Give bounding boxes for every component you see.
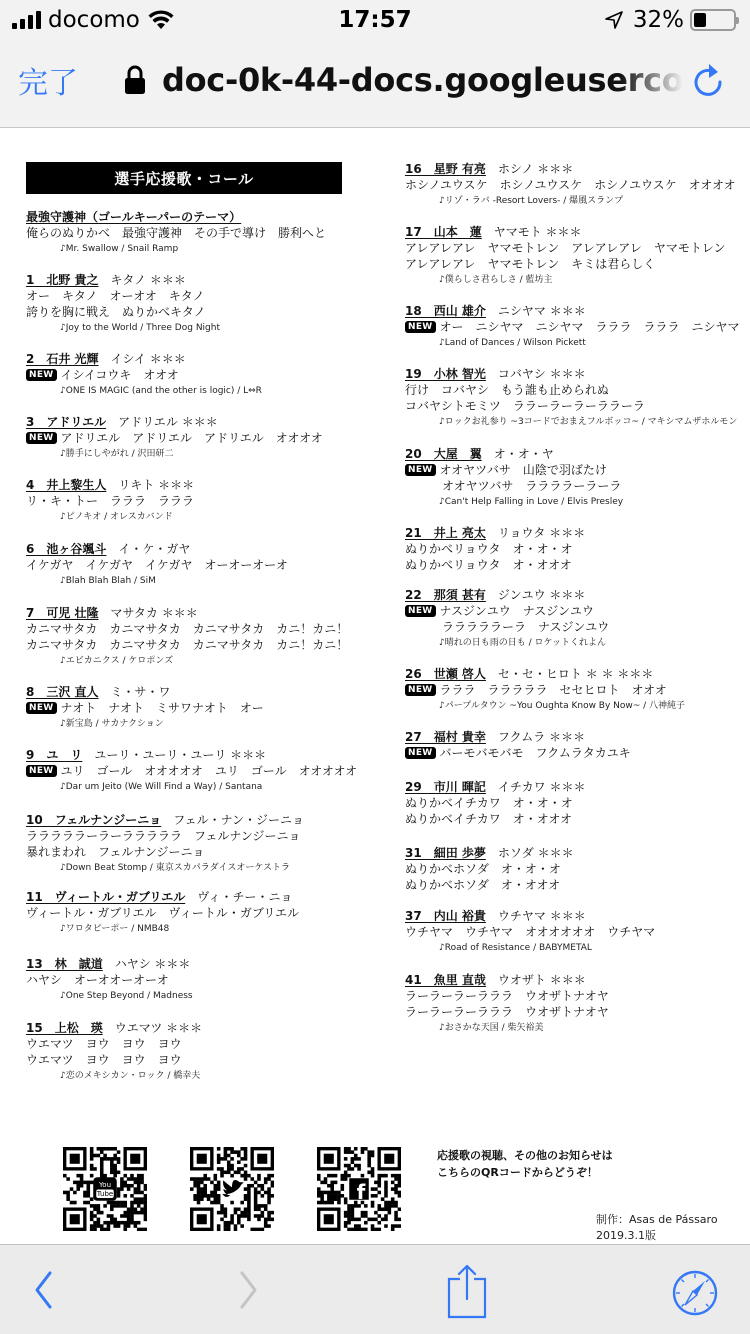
chant-text: ぬりかべホソダ オ・オオオ	[405, 877, 560, 893]
entry-heading: 20 大屋 翼オ・オ・ヤ	[405, 446, 623, 462]
chant-line: リ・キ・トー ラララ ラララ	[26, 493, 194, 509]
entry-heading: 31 細田 歩夢ホソダ ＊＊＊	[405, 845, 574, 861]
call-name: ユーリ・ユーリ・ユーリ ＊＊＊	[94, 748, 266, 762]
player-name: 18 西山 雄介	[405, 304, 486, 318]
player-entry: 8 三沢 直人ミ・サ・ワNEWナオト ナオト ミサワナオト オー♪新宝島 / サ…	[26, 684, 264, 731]
entry-heading: 4 井上黎生人リキト ＊＊＊	[26, 477, 194, 493]
svg-text:Tube: Tube	[96, 1190, 113, 1198]
reload-icon[interactable]	[692, 62, 726, 100]
chant-line: ウエマツ ヨウ ヨウ ヨウ	[26, 1036, 202, 1052]
player-name: 20 大屋 翼	[405, 447, 482, 461]
entry-heading: 41 魚里 直哉ウオザト ＊＊＊	[405, 972, 609, 988]
entry-heading: 21 井上 亮太リョウタ ＊＊＊	[405, 525, 585, 541]
chant-text: アレアレアレ ヤマモトレン キミは君らしく	[405, 256, 655, 272]
call-name: ヤマモト ＊＊＊	[494, 225, 582, 239]
entry-heading: 22 那須 甚有ジンユウ ＊＊＊	[405, 587, 609, 603]
call-name: ジンユウ ＊＊＊	[498, 588, 586, 602]
back-chevron-icon[interactable]	[30, 1267, 56, 1311]
song-credit: ♪Blah Blah Blah / SiM	[26, 574, 288, 588]
chant-line: 俺らのぬりかべ 最強守護神 その手で導け 勝利へと	[26, 225, 326, 241]
entry-heading: 2 石井 光輝イシイ ＊＊＊	[26, 351, 262, 367]
chant-text: アレアレアレ ヤマモトレン アレアレアレ ヤマモトレン	[405, 240, 726, 256]
chant-text: ぬりかべイチカワ オ・オオオ	[405, 811, 572, 827]
chant-line: 暴れまわれ フェルナンジーニョ	[26, 844, 304, 860]
player-name: 最強守護神（ゴールキーパーのテーマ）	[26, 210, 241, 224]
chant-text: カニマサタカ カニマサタカ カニマサタカ カニ！カニ！	[26, 621, 348, 637]
chant-line: カニマサタカ カニマサタカ カニマサタカ カニ！カニ！	[26, 621, 348, 637]
chant-text: ラララララーラーラララララ フェルナンジーニョ	[26, 828, 301, 844]
chant-text: ぬりかべリョウタ オ・オオオ	[405, 557, 572, 573]
entry-heading: 10 フェルナンジーニョフェル・ナン・ジーニョ	[26, 812, 304, 828]
player-entry: 37 内山 裕貴ウチヤマ ＊＊＊ウチヤマ ウチヤマ オオオオオオ ウチヤマ♪Ro…	[405, 908, 655, 955]
chant-line: ハヤシ オーオオーオーオ	[26, 972, 193, 988]
player-entry: 21 井上 亮太リョウタ ＊＊＊ぬりかべリョウタ オ・オ・オぬりかべリョウタ オ…	[405, 525, 585, 573]
call-name: リョウタ ＊＊＊	[498, 526, 585, 540]
browser-toolbar	[0, 1244, 750, 1334]
chant-line: ウエマツ ヨウ ヨウ ヨウ	[26, 1052, 202, 1068]
chant-line: 行け コバヤシ もう誰も止められぬ	[405, 382, 737, 398]
url-text: doc-0k-44-docs.googleuserco	[162, 61, 683, 99]
url-field[interactable]: doc-0k-44-docs.googleuserco	[124, 58, 684, 102]
player-entry: 19 小林 智光コバヤシ ＊＊＊行け コバヤシ もう誰も止められぬコバヤシトモミ…	[405, 366, 737, 429]
call-name: ハヤシ ＊＊＊	[115, 957, 191, 971]
song-credit: ♪Road of Resistance / BABYMETAL	[405, 941, 655, 955]
qr-caption-line2: こちらのQRコードからどうぞ！	[437, 1164, 613, 1181]
song-credit: ♪Mr. Swallow / Snail Ramp	[26, 242, 326, 256]
chant-line: コバヤシトモミツ ララーラーラーララーラ	[405, 398, 737, 414]
player-entry: 最強守護神（ゴールキーパーのテーマ）俺らのぬりかべ 最強守護神 その手で導け 勝…	[26, 209, 326, 256]
browser-url-bar: 完了 doc-0k-44-docs.googleuserco	[0, 40, 750, 128]
chant-line: ぬりかべイチカワ オ・オオオ	[405, 811, 585, 827]
player-entry: 15 上松 瑛ウエマツ ＊＊＊ウエマツ ヨウ ヨウ ヨウウエマツ ヨウ ヨウ ヨ…	[26, 1020, 202, 1083]
player-entry: 4 井上黎生人リキト ＊＊＊リ・キ・トー ラララ ラララ♪ピノキオ / オレスカ…	[26, 477, 194, 524]
chant-line: NEWオー ニシヤマ ニシヤマ ラララ ラララ ニシヤマ	[405, 319, 740, 335]
entry-heading: 37 内山 裕貴ウチヤマ ＊＊＊	[405, 908, 655, 924]
chant-line: 誇りを胸に戦え ぬりかべキタノ	[26, 304, 220, 320]
chant-line: ウチヤマ ウチヤマ オオオオオオ ウチヤマ	[405, 924, 655, 940]
svg-text:You: You	[98, 1181, 111, 1189]
player-entry: 13 林 誠道ハヤシ ＊＊＊ハヤシ オーオオーオーオ♪One Step Beyo…	[26, 956, 193, 1003]
chant-line: NEWイシイコウキ オオオ	[26, 367, 262, 383]
call-name: ミ・サ・ワ	[111, 685, 171, 699]
player-name: 22 那須 甚有	[405, 588, 486, 602]
chant-line: ぬりかべリョウタ オ・オオオ	[405, 557, 585, 573]
new-badge: NEW	[26, 369, 57, 381]
player-entry: 2 石井 光輝イシイ ＊＊＊NEWイシイコウキ オオオ♪ONE IS MAGIC…	[26, 351, 262, 398]
player-name: 26 世瀬 啓人	[405, 667, 486, 681]
chant-text: ナオト ナオト ミサワナオト オー	[61, 700, 264, 716]
player-entry: 41 魚里 直哉ウオザト ＊＊＊ラーラーラーラララ ウオザトナオヤラーラーラーラ…	[405, 972, 609, 1035]
player-name: 27 福村 貴幸	[405, 730, 486, 744]
credit: 制作：Asas de Pássaro 2019.3.1版	[596, 1212, 718, 1244]
song-credit: ♪新宝島 / サカナクション	[26, 717, 264, 731]
svg-text:f: f	[357, 1180, 366, 1204]
chant-text: ナスジンユウ ナスジンユウ	[440, 603, 594, 619]
chant-line: オオヤツバサ ララララーラーラ	[405, 478, 623, 494]
player-entry: 31 細田 歩夢ホソダ ＊＊＊ぬりかべホソダ オ・オ・オぬりかべホソダ オ・オオ…	[405, 845, 574, 893]
chant-line: ヴィートル・ガブリエル ヴィートル・ガブリエル	[26, 905, 299, 921]
credit-author: 制作：Asas de Pássaro	[596, 1212, 718, 1228]
chant-text: ホシノユウスケ ホシノユウスケ ホシノユウスケ オオオオ	[405, 177, 736, 193]
entry-heading: 15 上松 瑛ウエマツ ＊＊＊	[26, 1020, 202, 1036]
chant-line: NEWユリ ゴール オオオオオ ユリ ゴール オオオオオ	[26, 763, 357, 779]
chant-text: ぬりかべリョウタ オ・オ・オ	[405, 541, 573, 557]
chant-text: ラララララーラ ナスジンユウ	[442, 619, 609, 635]
chant-text: バーモバモバモ フクムラタカユキ	[440, 745, 631, 761]
new-badge: NEW	[26, 702, 57, 714]
entry-heading: 17 山本 蓮ヤマモト ＊＊＊	[405, 224, 726, 240]
chant-text: コバヤシトモミツ ララーラーラーララーラ	[405, 398, 645, 414]
chant-text: 行け コバヤシ もう誰も止められぬ	[405, 382, 609, 398]
song-credit: ♪おさかな天国 / 柴矢裕美	[405, 1021, 609, 1035]
entry-heading: 1 北野 貴之キタノ ＊＊＊	[26, 272, 220, 288]
entry-heading: 8 三沢 直人ミ・サ・ワ	[26, 684, 264, 700]
entry-heading: 3 アドリエルアドリエル ＊＊＊	[26, 414, 323, 430]
song-credit: ♪ワロタピーポー / NMB48	[26, 922, 299, 936]
player-entry: 27 福村 貴幸フクムラ ＊＊＊NEWバーモバモバモ フクムラタカユキ	[405, 729, 631, 761]
chant-line: ぬりかべホソダ オ・オオオ	[405, 877, 574, 893]
new-badge: NEW	[405, 464, 436, 476]
battery-percent: 32%	[633, 7, 684, 33]
chant-line: アレアレアレ ヤマモトレン アレアレアレ ヤマモトレン	[405, 240, 726, 256]
chant-text: アドリエル アドリエル アドリエル オオオオ	[61, 430, 323, 446]
facebook-qr-code[interactable]: f	[317, 1147, 401, 1231]
chant-text: ユリ ゴール オオオオオ ユリ ゴール オオオオオ	[61, 763, 358, 779]
status-right: 32%	[605, 7, 736, 33]
entry-heading: 18 西山 雄介ニシヤマ ＊＊＊	[405, 303, 740, 319]
chant-text: ラーラーラーラララ ウオザトナオヤ	[405, 1004, 609, 1020]
player-name: 16 星野 有亮	[405, 162, 486, 176]
call-name: イシイ ＊＊＊	[111, 352, 186, 366]
call-name: リキト ＊＊＊	[118, 478, 194, 492]
song-credit: ♪恋のメキシカン・ロック / 橋幸夫	[26, 1069, 202, 1083]
call-name: ウオザト ＊＊＊	[498, 973, 586, 987]
player-name: 11 ヴィートル・ガブリエル	[26, 890, 185, 904]
battery-icon	[690, 9, 736, 31]
chant-text: ウエマツ ヨウ ヨウ ヨウ	[26, 1052, 182, 1068]
player-entry: 29 市川 暉記イチカワ ＊＊＊ぬりかべイチカワ オ・オ・オぬりかべイチカワ オ…	[405, 779, 585, 827]
player-entry: 3 アドリエルアドリエル ＊＊＊NEWアドリエル アドリエル アドリエル オオオ…	[26, 414, 323, 461]
chant-line: ラーラーラーラララ ウオザトナオヤ	[405, 988, 609, 1004]
entry-heading: 29 市川 暉記イチカワ ＊＊＊	[405, 779, 585, 795]
chant-line: カニマサタカ カニマサタカ カニマサタカ カニ！カニ！	[26, 637, 348, 653]
entry-heading: 7 可児 壮隆マサタカ ＊＊＊	[26, 605, 348, 621]
call-name: ウチヤマ ＊＊＊	[498, 909, 586, 923]
credit-version: 2019.3.1版	[596, 1228, 718, 1244]
entry-heading: 最強守護神（ゴールキーパーのテーマ）	[26, 209, 326, 225]
player-name: 19 小林 智光	[405, 367, 486, 381]
chant-text: ウエマツ ヨウ ヨウ ヨウ	[26, 1036, 182, 1052]
song-credit: ♪リゾ・ラバ -Resort Lovers- / 爆風スランプ	[405, 194, 736, 208]
song-credit: ♪晴れの日も雨の日も / ロケットくれよん	[405, 636, 609, 650]
player-entry: 26 世瀬 啓人セ・セ・ヒロト ＊ ＊ ＊＊＊NEWラララ ラララララ セセヒロ…	[405, 666, 685, 713]
qr-caption-line1: 応援歌の視聴、その他のお知らせは	[437, 1147, 613, 1164]
chant-text: ハヤシ オーオオーオーオ	[26, 972, 169, 988]
twitter-qr-code[interactable]	[190, 1147, 274, 1231]
player-entry: 16 星野 有亮ホシノ ＊＊＊ホシノユウスケ ホシノユウスケ ホシノユウスケ オ…	[405, 161, 736, 208]
player-entry: 11 ヴィートル・ガブリエルヴィ・チー・ニョヴィートル・ガブリエル ヴィートル・…	[26, 889, 299, 936]
chant-line: NEWナオト ナオト ミサワナオト オー	[26, 700, 264, 716]
new-badge: NEW	[405, 605, 436, 617]
chant-text: リ・キ・トー ラララ ラララ	[26, 493, 194, 509]
entry-heading: 9 ユ リユーリ・ユーリ・ユーリ ＊＊＊	[26, 747, 357, 763]
chant-line: NEWアドリエル アドリエル アドリエル オオオオ	[26, 430, 323, 446]
call-name: イ・ケ・ガヤ	[118, 542, 190, 556]
call-name: イチカワ ＊＊＊	[498, 780, 586, 794]
song-credit: ♪ONE IS MAGIC (and the other is logic) /…	[26, 384, 262, 398]
player-name: 8 三沢 直人	[26, 685, 99, 699]
status-bar: docomo 17:57 32%	[0, 0, 750, 40]
new-badge: NEW	[405, 321, 436, 333]
youtube-qr-code[interactable]: YouTube	[63, 1147, 147, 1231]
player-entry: 9 ユ リユーリ・ユーリ・ユーリ ＊＊＊NEWユリ ゴール オオオオオ ユリ ゴ…	[26, 747, 357, 794]
player-name: 1 北野 貴之	[26, 273, 99, 287]
call-name: オ・オ・ヤ	[494, 447, 554, 461]
player-entry: 20 大屋 翼オ・オ・ヤNEWオオヤツバサ 山陰で羽ばたけオオヤツバサ ララララ…	[405, 446, 623, 509]
entry-heading: 16 星野 有亮ホシノ ＊＊＊	[405, 161, 736, 177]
song-credit: ♪ピノキオ / オレスカバンド	[26, 510, 194, 524]
player-name: 41 魚里 直哉	[405, 973, 486, 987]
song-credit: ♪Dar um Jeito (We Will Find a Way) / San…	[26, 780, 357, 794]
chant-text: オー ニシヤマ ニシヤマ ラララ ラララ ニシヤマ	[440, 319, 740, 335]
chant-text: カニマサタカ カニマサタカ カニマサタカ カニ！カニ！	[26, 637, 348, 653]
chant-line: NEWバーモバモバモ フクムラタカユキ	[405, 745, 631, 761]
chant-text: ラララ ラララララ セセヒロト オオオ	[440, 682, 667, 698]
chant-text: ラーラーラーラララ ウオザトナオヤ	[405, 988, 609, 1004]
chant-text: ぬりかべホソダ オ・オ・オ	[405, 861, 561, 877]
player-entry: 10 フェルナンジーニョフェル・ナン・ジーニョラララララーラーラララララ フェル…	[26, 812, 304, 875]
entry-heading: 11 ヴィートル・ガブリエルヴィ・チー・ニョ	[26, 889, 299, 905]
call-name: ホシノ ＊＊＊	[498, 162, 573, 176]
lock-icon	[124, 65, 146, 95]
chant-line: オー キタノ オーオオ キタノ	[26, 288, 220, 304]
chant-line: ラーラーラーラララ ウオザトナオヤ	[405, 1004, 609, 1020]
entry-heading: 13 林 誠道ハヤシ ＊＊＊	[26, 956, 193, 972]
done-button[interactable]: 完了	[18, 58, 78, 102]
entry-heading: 19 小林 智光コバヤシ ＊＊＊	[405, 366, 737, 382]
pdf-document[interactable]: 選手応援歌・コール 最強守護神（ゴールキーパーのテーマ）俺らのぬりかべ 最強守護…	[0, 129, 750, 1244]
song-credit: ♪Down Beat Stomp / 東京スカパラダイスオーケストラ	[26, 861, 304, 875]
call-name: コバヤシ ＊＊＊	[498, 367, 586, 381]
player-entry: 17 山本 蓮ヤマモト ＊＊＊アレアレアレ ヤマモトレン アレアレアレ ヤマモト…	[405, 224, 726, 287]
new-badge: NEW	[405, 684, 436, 696]
chant-line: ホシノユウスケ ホシノユウスケ ホシノユウスケ オオオオ	[405, 177, 736, 193]
player-name: 6 池ヶ谷颯斗	[26, 542, 106, 556]
call-name: ニシヤマ ＊＊＊	[498, 304, 586, 318]
player-entry: 18 西山 雄介ニシヤマ ＊＊＊NEWオー ニシヤマ ニシヤマ ラララ ラララ …	[405, 303, 740, 350]
forward-chevron-icon[interactable]	[236, 1267, 262, 1311]
chant-text: イシイコウキ オオオ	[61, 367, 179, 383]
player-name: 15 上松 瑛	[26, 1021, 103, 1035]
call-name: アドリエル ＊＊＊	[118, 415, 218, 429]
new-badge: NEW	[26, 432, 57, 444]
chant-text: ヴィートル・ガブリエル ヴィートル・ガブリエル	[26, 905, 299, 921]
song-credit: ♪Land of Dances / Wilson Pickett	[405, 336, 740, 350]
call-name: マサタカ ＊＊＊	[111, 606, 198, 620]
song-credit: ♪ロックお礼参り ~3コードでおまえフルボッコ~ / マキシマムザホルモン	[405, 415, 737, 429]
chant-text: 暴れまわれ フェルナンジーニョ	[26, 844, 205, 860]
call-name: ヴィ・チー・ニョ	[197, 890, 292, 904]
call-name: ホソダ ＊＊＊	[498, 846, 574, 860]
new-badge: NEW	[405, 747, 436, 759]
chant-text: オオヤツバサ 山陰で羽ばたけ	[440, 462, 607, 478]
chant-line: NEWナスジンユウ ナスジンユウ	[405, 603, 609, 619]
call-name: セ・セ・ヒロト ＊ ＊ ＊＊＊	[498, 667, 653, 681]
chant-text: オー キタノ オーオオ キタノ	[26, 288, 204, 304]
player-name: 3 アドリエル	[26, 415, 106, 429]
chant-line: NEWラララ ラララララ セセヒロト オオオ	[405, 682, 685, 698]
chant-line: アレアレアレ ヤマモトレン キミは君らしく	[405, 256, 726, 272]
chant-line: ぬりかべホソダ オ・オ・オ	[405, 861, 574, 877]
song-credit: ♪パープルタウン ~You Oughta Know By Now~ / 八神純子	[405, 699, 685, 713]
call-name: フェル・ナン・ジーニョ	[173, 813, 304, 827]
player-name: 9 ユ リ	[26, 748, 82, 762]
chant-line: ラララララーラーラララララ フェルナンジーニョ	[26, 828, 304, 844]
song-credit: ♪Can't Help Falling in Love / Elvis Pres…	[405, 495, 623, 509]
share-icon[interactable]	[447, 1263, 487, 1319]
call-name: キタノ ＊＊＊	[111, 273, 186, 287]
player-name: 4 井上黎生人	[26, 478, 106, 492]
chant-line: イケガヤ イケガヤ イケガヤ オーオーオーオ	[26, 557, 288, 573]
player-name: 10 フェルナンジーニョ	[26, 813, 161, 827]
entry-heading: 27 福村 貴幸フクムラ ＊＊＊	[405, 729, 631, 745]
player-entry: 22 那須 甚有ジンユウ ＊＊＊NEWナスジンユウ ナスジンユウラララララーラ …	[405, 587, 609, 650]
player-name: 13 林 誠道	[26, 957, 103, 971]
entry-heading: 26 世瀬 啓人セ・セ・ヒロト ＊ ＊ ＊＊＊	[405, 666, 685, 682]
chant-text: ウチヤマ ウチヤマ オオオオオオ ウチヤマ	[405, 924, 655, 940]
chant-text: 俺らのぬりかべ 最強守護神 その手で導け 勝利へと	[26, 225, 326, 241]
player-name: 29 市川 暉記	[405, 780, 486, 794]
song-credit: ♪エビカニクス / ケロポンズ	[26, 654, 348, 668]
location-arrow-icon	[605, 11, 623, 29]
chant-text: 誇りを胸に戦え ぬりかべキタノ	[26, 304, 206, 320]
chant-line: ぬりかべイチカワ オ・オ・オ	[405, 795, 585, 811]
player-entry: 1 北野 貴之キタノ ＊＊＊オー キタノ オーオオ キタノ誇りを胸に戦え ぬりか…	[26, 272, 220, 335]
player-name: 7 可児 壮隆	[26, 606, 99, 620]
song-credit: ♪Joy to the World / Three Dog Night	[26, 321, 220, 335]
song-credit: ♪勝手にしやがれ / 沢田研二	[26, 447, 323, 461]
chant-text: オオヤツバサ ララララーラーラ	[442, 478, 621, 494]
chant-text: ぬりかべイチカワ オ・オ・オ	[405, 795, 573, 811]
player-name: 31 細田 歩夢	[405, 846, 486, 860]
song-credit: ♪僕らしさ君らしさ / 藍坊主	[405, 273, 726, 287]
compass-icon[interactable]	[671, 1269, 719, 1317]
player-name: 17 山本 蓮	[405, 225, 482, 239]
chant-line: ラララララーラ ナスジンユウ	[405, 619, 609, 635]
chant-line: ぬりかべリョウタ オ・オ・オ	[405, 541, 585, 557]
document-title: 選手応援歌・コール	[26, 162, 342, 194]
entry-heading: 6 池ヶ谷颯斗イ・ケ・ガヤ	[26, 541, 288, 557]
player-entry: 6 池ヶ谷颯斗イ・ケ・ガヤイケガヤ イケガヤ イケガヤ オーオーオーオ♪Blah…	[26, 541, 288, 588]
chant-text: イケガヤ イケガヤ イケガヤ オーオーオーオ	[26, 557, 288, 573]
player-entry: 7 可児 壮隆マサタカ ＊＊＊カニマサタカ カニマサタカ カニマサタカ カニ！カ…	[26, 605, 348, 668]
qr-caption: 応援歌の視聴、その他のお知らせは こちらのQRコードからどうぞ！	[437, 1147, 613, 1181]
song-credit: ♪One Step Beyond / Madness	[26, 989, 193, 1003]
player-name: 2 石井 光輝	[26, 352, 99, 366]
player-name: 21 井上 亮太	[405, 526, 486, 540]
player-name: 37 内山 裕貴	[405, 909, 486, 923]
call-name: フクムラ ＊＊＊	[498, 730, 585, 744]
call-name: ウエマツ ＊＊＊	[115, 1021, 202, 1035]
new-badge: NEW	[26, 765, 57, 777]
chant-line: NEWオオヤツバサ 山陰で羽ばたけ	[405, 462, 623, 478]
